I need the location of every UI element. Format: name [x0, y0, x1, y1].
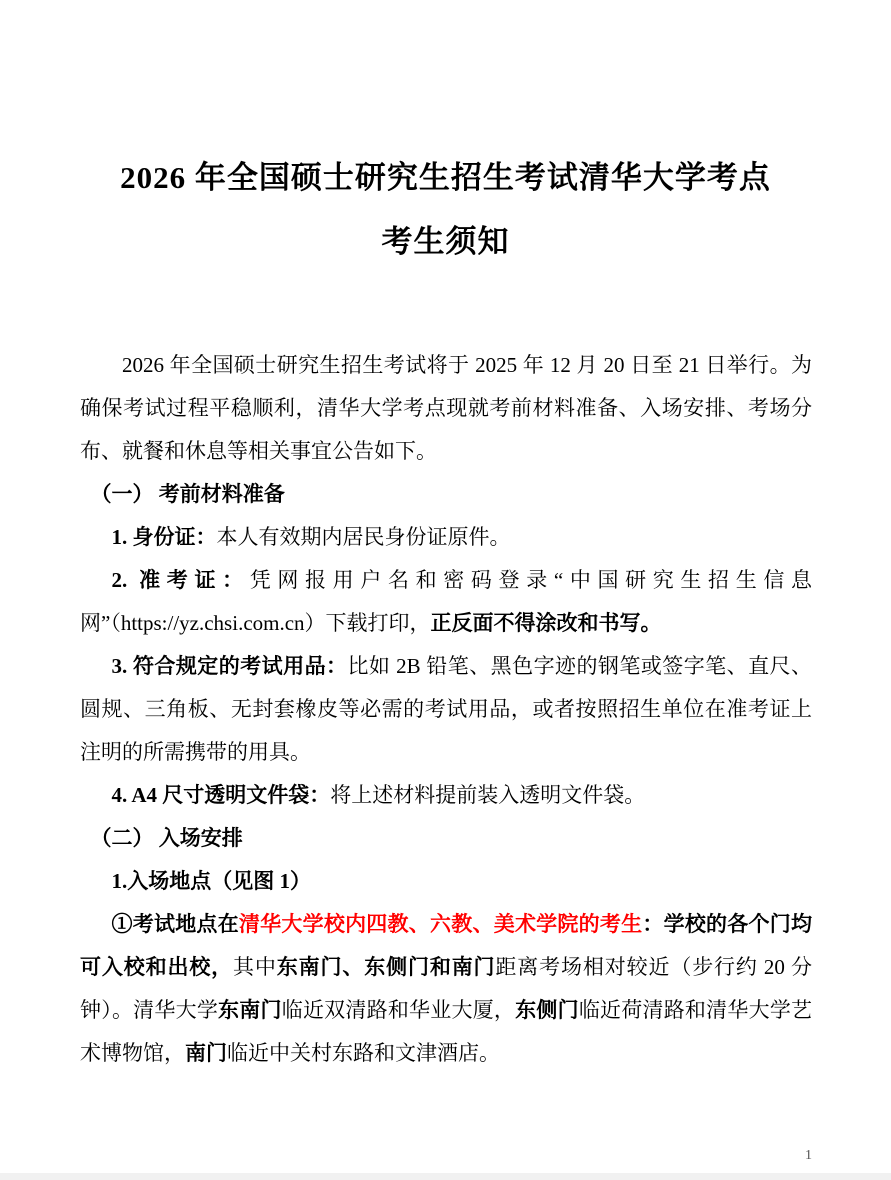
document-title-line-1: 2026 年全国硕士研究生招生考试清华大学考点 — [0, 146, 891, 210]
text-run: 1. 身份证： — [112, 525, 217, 549]
text-run: 2. 准考证： — [112, 568, 250, 592]
text-run: 东南门、东侧门和南门 — [277, 955, 496, 979]
text-run: 南门 — [185, 1041, 227, 1065]
text-run: （二） 入场安排 — [91, 826, 243, 850]
paragraph: 1.入场地点（见图 1） — [80, 860, 812, 903]
paragraph: 2026 年全国硕士研究生招生考试将于 2025 年 12 月 20 日至 21… — [80, 344, 812, 473]
text-run: 3. 符合规定的考试用品： — [112, 654, 348, 678]
paragraph: 2. 准考证：凭网报用户名和密码登录“中国研究生招生信息网”（https://y… — [80, 559, 812, 645]
text-run: 1.入场地点（见图 1） — [112, 869, 312, 893]
text-run: 东侧门 — [515, 998, 579, 1022]
text-run: 将上述材料提前装入透明文件袋。 — [330, 783, 645, 807]
text-run: 本人有效期内居民身份证原件。 — [217, 525, 511, 549]
text-run: 正反面不得涂改和书写。 — [431, 611, 662, 635]
paragraph: （二） 入场安排 — [80, 817, 812, 860]
text-run: 4. A4 尺寸透明文件袋： — [112, 783, 331, 807]
page-number: 1 — [805, 1148, 812, 1164]
paragraph: ①考试地点在清华大学校内四教、六教、美术学院的考生：学校的各个门均可入校和出校，… — [80, 903, 812, 1075]
document-title-line-2: 考生须知 — [0, 210, 891, 274]
text-run: （一） 考前材料准备 — [91, 482, 285, 506]
text-run: 临近双清路和华业大厦， — [282, 998, 515, 1022]
document-title: 2026 年全国硕士研究生招生考试清华大学考点 考生须知 — [0, 0, 891, 274]
highlighted-text-run: 清华大学校内四教、六教、美术学院的考生 — [239, 912, 642, 936]
document-body: 2026 年全国硕士研究生招生考试将于 2025 年 12 月 20 日至 21… — [80, 344, 812, 1075]
text-run: 东南门 — [218, 998, 282, 1022]
text-run: 其中 — [233, 955, 277, 979]
text-run: 临近中关村东路和文津酒店。 — [227, 1041, 500, 1065]
paragraph: 3. 符合规定的考试用品：比如 2B 铅笔、黑色字迹的钢笔或签字笔、直尺、圆规、… — [80, 645, 812, 774]
paragraph: 4. A4 尺寸透明文件袋：将上述材料提前装入透明文件袋。 — [80, 774, 812, 817]
document-page: 2026 年全国硕士研究生招生考试清华大学考点 考生须知 2026 年全国硕士研… — [0, 0, 891, 1180]
page-bottom-edge — [0, 1173, 891, 1180]
text-run: 2026 年全国硕士研究生招生考试将于 2025 年 12 月 20 日至 21… — [80, 353, 812, 463]
paragraph: （一） 考前材料准备 — [80, 473, 812, 516]
paragraph: 1. 身份证：本人有效期内居民身份证原件。 — [80, 516, 812, 559]
text-run: ①考试地点在 — [112, 912, 239, 936]
